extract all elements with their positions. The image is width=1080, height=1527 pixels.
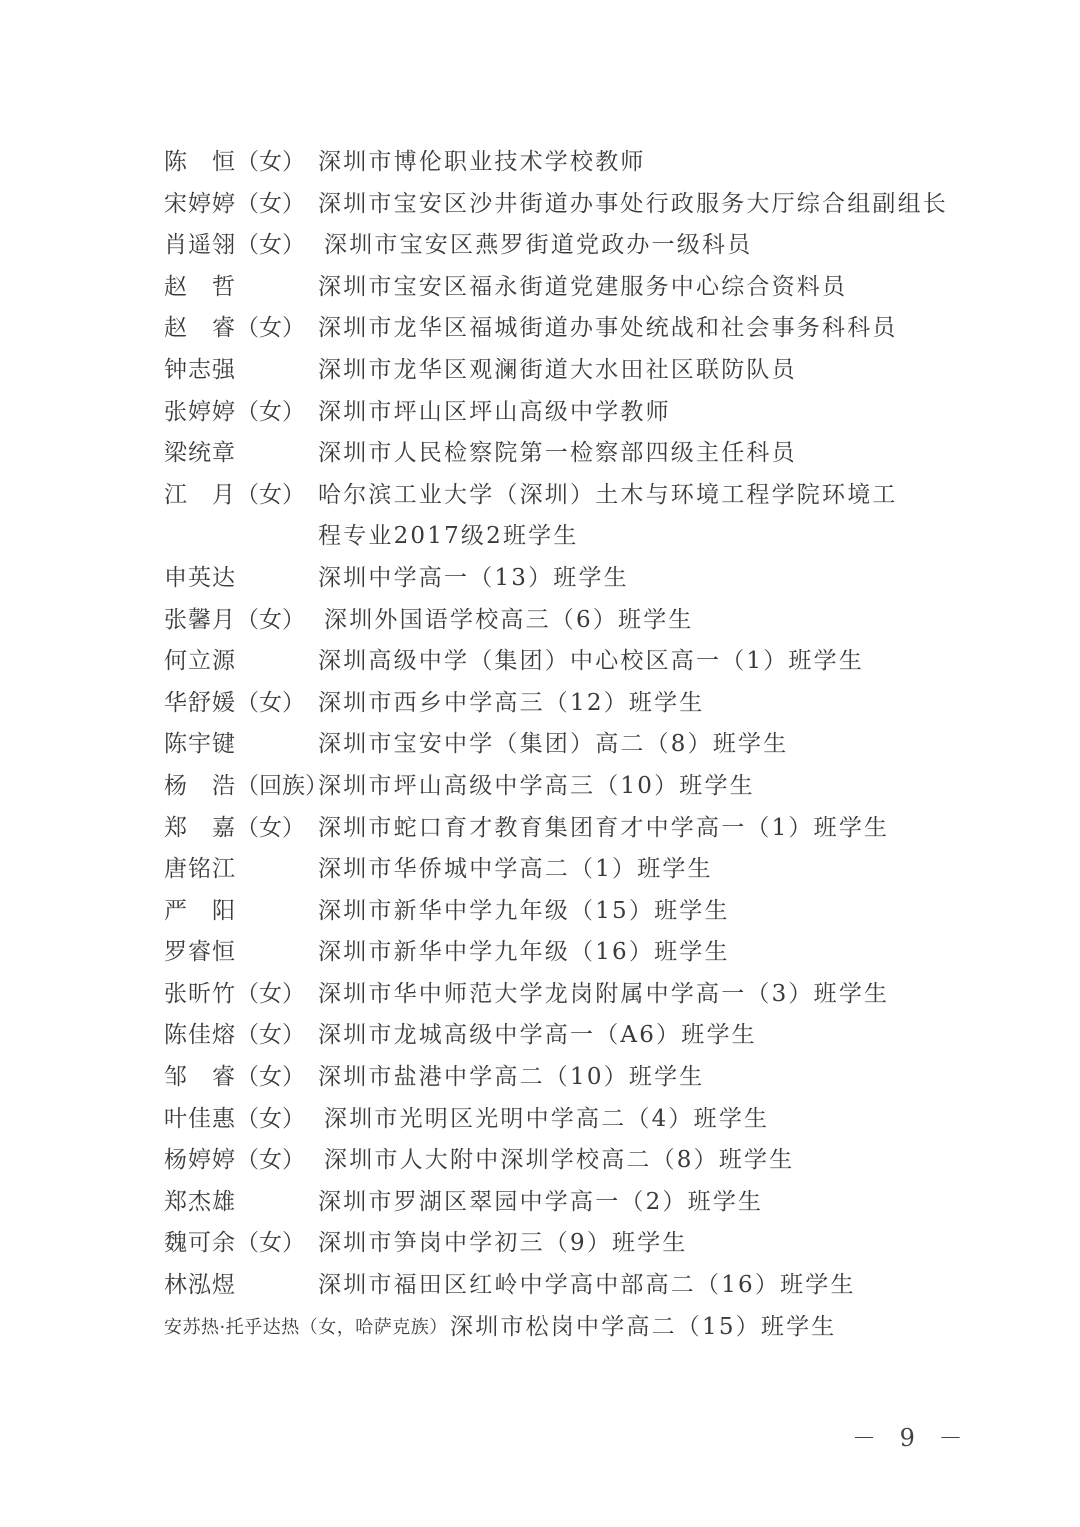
list-item: 赵 哲 深圳市宝安区福永街道党建服务中心综合资料员 [164,267,924,309]
person-affiliation: 深圳市罗湖区翠园中学高一（2）班学生 [318,1182,763,1224]
person-name: 赵 哲 [164,267,316,309]
list-item: 严 阳 深圳市新华中学九年级（15）班学生 [164,891,924,933]
list-item: 张昕竹（女） 深圳市华中师范大学龙岗附属中学高一（3）班学生 [164,974,924,1016]
person-affiliation: 深圳市盐港中学高二（10）班学生 [318,1057,704,1099]
person-name: 张昕竹（女） [164,974,316,1016]
list-item: 陈佳熔（女） 深圳市龙城高级中学高一（A6）班学生 [164,1015,924,1057]
person-name: 梁统章 [164,433,316,475]
person-name: 华舒媛（女） [164,683,316,725]
list-item: 肖遥翎（女） 深圳市宝安区燕罗街道党政办一级科员 [164,225,924,267]
person-name: 杨婷婷（女） [164,1140,316,1182]
person-affiliation: 深圳市华侨城中学高二（1）班学生 [318,849,713,891]
person-affiliation: 深圳市博伦职业技术学校教师 [318,142,646,184]
list-item: 安苏热·托乎达热（女，哈萨克族） 深圳市松岗中学高二（15）班学生 [164,1307,924,1349]
person-affiliation: 深圳市宝安区燕罗街道党政办一级科员 [324,225,752,267]
list-item: 江 月（女） 哈尔滨工业大学（深圳）土木与环境工程学院环境工 程专业2017级2… [164,475,924,558]
person-affiliation: 哈尔滨工业大学（深圳）土木与环境工程学院环境工 程专业2017级2班学生 [318,475,898,558]
list-item: 宋婷婷（女） 深圳市宝安区沙井街道办事处行政服务大厅综合组副组长 [164,184,924,226]
person-name: 罗睿恒 [164,932,316,974]
person-affiliation: 深圳市光明区光明中学高二（4）班学生 [324,1099,769,1141]
list-item: 梁统章 深圳市人民检察院第一检察部四级主任科员 [164,433,924,475]
person-name: 严 阳 [164,891,316,933]
list-item: 张馨月（女） 深圳外国语学校高三（6）班学生 [164,600,924,642]
list-item: 郑 嘉（女） 深圳市蛇口育才教育集团育才中学高一（1）班学生 [164,808,924,850]
person-affiliation: 深圳市龙华区福城街道办事处统战和社会事务科科员 [318,308,898,350]
list-item: 杨 浩（回族） 深圳市坪山高级中学高三（10）班学生 [164,766,924,808]
person-name: 邹 睿（女） [164,1057,316,1099]
document-page: 陈 恒（女） 深圳市博伦职业技术学校教师 宋婷婷（女） 深圳市宝安区沙井街道办事… [0,0,1080,1527]
person-name: 陈 恒（女） [164,142,316,184]
person-name: 肖遥翎（女） [164,225,316,267]
person-affiliation: 深圳中学高一（13）班学生 [318,558,629,600]
list-item: 赵 睿（女） 深圳市龙华区福城街道办事处统战和社会事务科科员 [164,308,924,350]
list-item: 叶佳惠（女） 深圳市光明区光明中学高二（4）班学生 [164,1099,924,1141]
person-name: 何立源 [164,641,316,683]
affiliation-line-1: 哈尔滨工业大学（深圳）土木与环境工程学院环境工 [318,482,898,508]
person-affiliation: 深圳市西乡中学高三（12）班学生 [318,683,704,725]
person-name: 叶佳惠（女） [164,1099,316,1141]
person-name: 陈佳熔（女） [164,1015,316,1057]
person-name: 魏可余（女） [164,1223,316,1265]
person-affiliation: 深圳市人大附中深圳学校高二（8）班学生 [324,1140,794,1182]
person-affiliation: 深圳市宝安区沙井街道办事处行政服务大厅综合组副组长 [318,184,948,226]
person-affiliation: 深圳市龙华区观澜街道大水田社区联防队员 [318,350,797,392]
list-item: 钟志强 深圳市龙华区观澜街道大水田社区联防队员 [164,350,924,392]
person-affiliation: 深圳外国语学校高三（6）班学生 [324,600,694,642]
person-name: 张婷婷（女） [164,392,316,434]
list-item: 邹 睿（女） 深圳市盐港中学高二（10）班学生 [164,1057,924,1099]
person-affiliation: 深圳市人民检察院第一检察部四级主任科员 [318,433,797,475]
person-affiliation: 深圳市坪山高级中学高三（10）班学生 [318,766,755,808]
person-name: 郑杰雄 [164,1182,316,1224]
person-name: 安苏热·托乎达热（女，哈萨克族） [164,1307,448,1349]
list-item: 杨婷婷（女） 深圳市人大附中深圳学校高二（8）班学生 [164,1140,924,1182]
list-item: 张婷婷（女） 深圳市坪山区坪山高级中学教师 [164,392,924,434]
person-name: 赵 睿（女） [164,308,316,350]
list-item: 华舒媛（女） 深圳市西乡中学高三（12）班学生 [164,683,924,725]
list-item: 陈宇键 深圳市宝安中学（集团）高二（8）班学生 [164,724,924,766]
person-affiliation: 深圳市新华中学九年级（15）班学生 [318,891,730,933]
person-name: 申英达 [164,558,316,600]
affiliation-line-2: 程专业2017级2班学生 [318,516,898,558]
person-name: 林泓煜 [164,1265,316,1307]
person-affiliation: 深圳市福田区红岭中学高中部高二（16）班学生 [318,1265,856,1307]
list-item: 陈 恒（女） 深圳市博伦职业技术学校教师 [164,142,924,184]
list-item: 申英达 深圳中学高一（13）班学生 [164,558,924,600]
person-name: 郑 嘉（女） [164,808,316,850]
list-item: 林泓煜 深圳市福田区红岭中学高中部高二（16）班学生 [164,1265,924,1307]
person-name: 宋婷婷（女） [164,184,316,226]
person-name: 钟志强 [164,350,316,392]
list-item: 何立源 深圳高级中学（集团）中心校区高一（1）班学生 [164,641,924,683]
person-name: 唐铭江 [164,849,316,891]
person-name: 江 月（女） [164,475,316,517]
person-affiliation: 深圳市笋岗中学初三（9）班学生 [318,1223,688,1265]
list-item: 罗睿恒 深圳市新华中学九年级（16）班学生 [164,932,924,974]
list-item: 郑杰雄 深圳市罗湖区翠园中学高一（2）班学生 [164,1182,924,1224]
list-item: 魏可余（女） 深圳市笋岗中学初三（9）班学生 [164,1223,924,1265]
person-name: 陈宇键 [164,724,316,766]
person-affiliation: 深圳高级中学（集团）中心校区高一（1）班学生 [318,641,864,683]
person-affiliation: 深圳市松岗中学高二（15）班学生 [450,1307,836,1349]
list-item: 唐铭江 深圳市华侨城中学高二（1）班学生 [164,849,924,891]
person-name: 张馨月（女） [164,600,316,642]
person-affiliation: 深圳市宝安中学（集团）高二（8）班学生 [318,724,788,766]
person-affiliation: 深圳市龙城高级中学高一（A6）班学生 [318,1015,757,1057]
person-name: 杨 浩（回族） [164,766,316,808]
person-affiliation: 深圳市蛇口育才教育集团育才中学高一（1）班学生 [318,808,889,850]
person-affiliation: 深圳市宝安区福永街道党建服务中心综合资料员 [318,267,847,309]
honoree-list: 陈 恒（女） 深圳市博伦职业技术学校教师 宋婷婷（女） 深圳市宝安区沙井街道办事… [164,142,924,1348]
person-affiliation: 深圳市华中师范大学龙岗附属中学高一（3）班学生 [318,974,889,1016]
person-affiliation: 深圳市坪山区坪山高级中学教师 [318,392,671,434]
page-number: － 9 － [852,1418,971,1453]
person-affiliation: 深圳市新华中学九年级（16）班学生 [318,932,730,974]
